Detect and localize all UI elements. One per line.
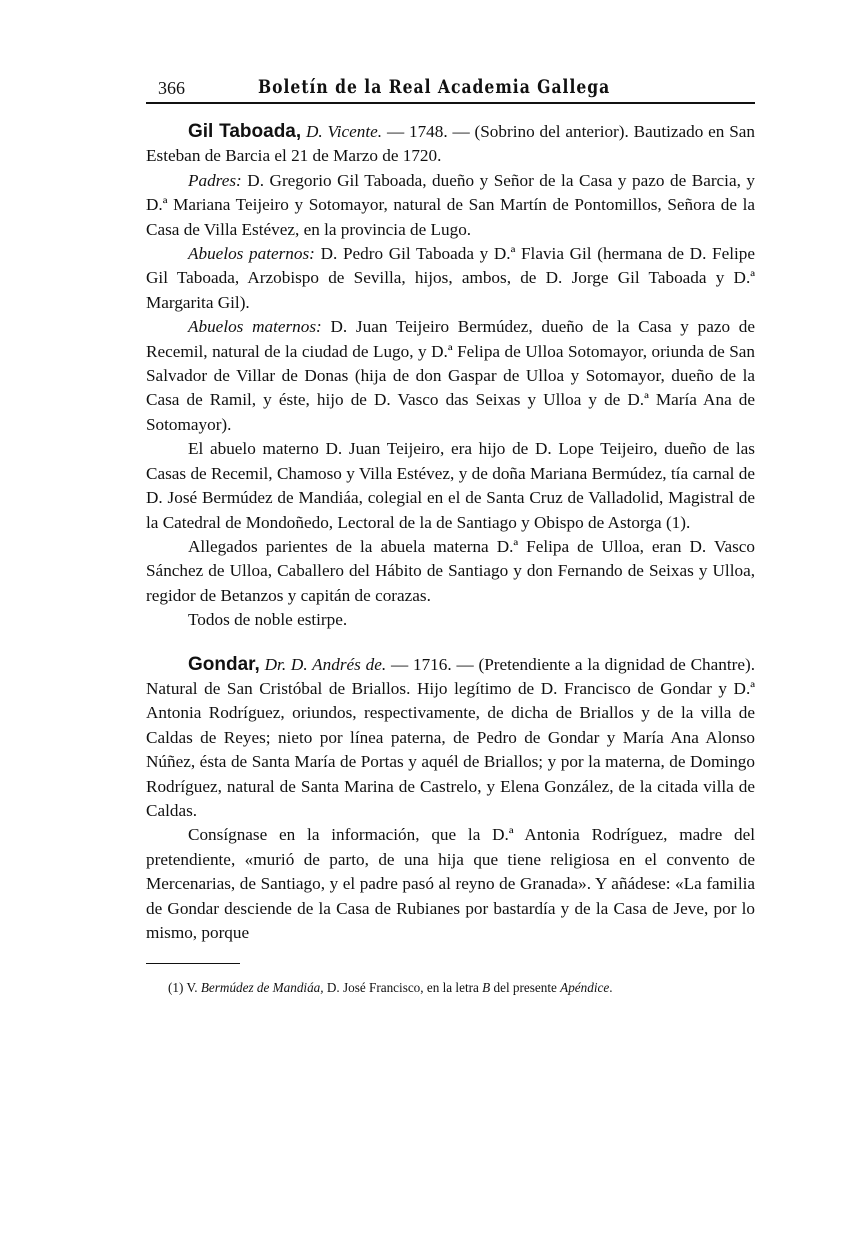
- footnote-text: D. José Francisco, en la letra: [324, 980, 483, 995]
- paragraph-todos: Todos de noble estirpe.: [146, 608, 755, 632]
- running-header: 366 Boletín de la Real Academia Gallega: [146, 74, 755, 104]
- para-label: Padres:: [188, 171, 242, 190]
- footnote-ref: Bermúdez de Mandiáa,: [201, 980, 324, 995]
- para-text: El abuelo materno D. Juan Teijeiro, era …: [146, 439, 755, 531]
- paragraph-abuelos-maternos: Abuelos maternos: D. Juan Teijeiro Bermú…: [146, 315, 755, 437]
- paragraph-padres: Padres: D. Gregorio Gil Taboada, dueño y…: [146, 169, 755, 242]
- para-text: Todos de noble estirpe.: [188, 610, 347, 629]
- body-text: Gil Taboada, D. Vicente. — 1748. — (Sobr…: [146, 120, 755, 945]
- footnote-marker: (1): [168, 980, 183, 995]
- para-label: Abuelos maternos:: [188, 317, 322, 336]
- entry-intro: — 1716. — (Pretendiente a la dignidad de…: [146, 655, 755, 820]
- journal-title: Boletín de la Real Academia Gallega: [258, 76, 610, 98]
- footnote-rule: [146, 963, 240, 964]
- entry-heading-gondar: Gondar, Dr. D. Andrés de. — 1716. — (Pre…: [146, 653, 755, 824]
- paragraph-abuelos-paternos: Abuelos paternos: D. Pedro Gil Taboada y…: [146, 242, 755, 315]
- entry-name: Gil Taboada,: [188, 121, 301, 142]
- para-text: Allegados parientes de la abuela materna…: [146, 537, 755, 605]
- footnote-text: .: [609, 980, 612, 995]
- entry-title: Dr. D. Andrés de.: [265, 655, 387, 674]
- entry-title: D. Vicente.: [306, 122, 382, 141]
- paragraph-allegados: Allegados parientes de la abuela materna…: [146, 535, 755, 608]
- footnote-text: del presente: [490, 980, 560, 995]
- entry-name: Gondar,: [188, 654, 260, 675]
- para-label: Abuelos paternos:: [188, 244, 315, 263]
- footnote: (1) V. Bermúdez de Mandiáa, D. José Fran…: [146, 978, 755, 997]
- para-text: Consígnase en la información, que la D.ª…: [146, 825, 755, 942]
- page-number: 366: [158, 78, 185, 99]
- document-page: 366 Boletín de la Real Academia Gallega …: [146, 74, 755, 997]
- footnote-letter: B: [482, 980, 490, 995]
- paragraph-consignase: Consígnase en la información, que la D.ª…: [146, 823, 755, 945]
- entry-heading-gil-taboada: Gil Taboada, D. Vicente. — 1748. — (Sobr…: [146, 120, 755, 169]
- footnote-text: V.: [183, 980, 200, 995]
- paragraph-abuelo-materno: El abuelo materno D. Juan Teijeiro, era …: [146, 437, 755, 535]
- footnote-work: Apéndice: [560, 980, 609, 995]
